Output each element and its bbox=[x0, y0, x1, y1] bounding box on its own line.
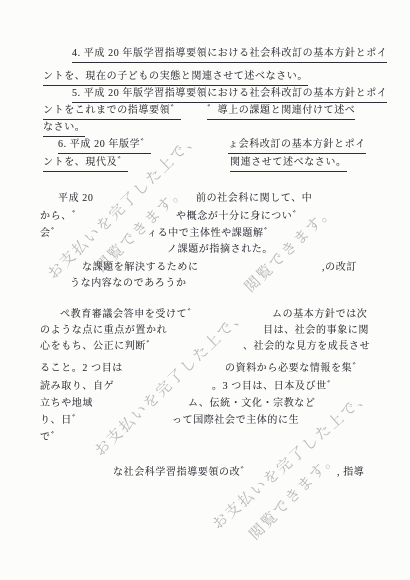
text-line: な社会科学習指導要領の改゛, 指導 bbox=[0, 466, 410, 481]
text-segment: って国際社会で主体的に生 bbox=[172, 414, 299, 427]
text-segment: 立ちや地域 bbox=[40, 397, 93, 410]
text-line: 立ちや地域ム、伝統・文化・宗教など bbox=[0, 397, 410, 412]
text-segment: ムの基本方針では次 bbox=[272, 308, 367, 321]
text-line: 読み取り、自ゲ。3 つ目は、日本及び世゛ bbox=[0, 380, 410, 395]
text-line: り、日゛って国際社会で主体的に生 bbox=[0, 414, 410, 429]
text-segment: から、゛ bbox=[40, 210, 82, 223]
text-segment: な課題を解決するために bbox=[82, 261, 199, 274]
underlined-text-segment: ントを、現代及゛ bbox=[43, 156, 128, 172]
text-segment: ィる中で主体性や課題解゛ bbox=[147, 227, 274, 240]
text-segment: 。3 つ目は、日本及び世゛ bbox=[212, 380, 337, 393]
text-line: 4. 平成 20 年版学習指導要領における社会科改訂の基本方針とポイ bbox=[0, 47, 410, 62]
text-segment: 、社会的な見方を成長させ bbox=[243, 340, 370, 353]
text-segment: ノ課題が指摘された。 bbox=[167, 243, 273, 256]
text-segment: の資料から必要な情報を集゛ bbox=[225, 362, 363, 375]
text-segment: や概念が十分に身につい゛ bbox=[176, 210, 303, 223]
text-line: 平成 20前の社会科に関して、中 bbox=[0, 192, 410, 207]
text-segment: ること。2 つ目は bbox=[40, 362, 123, 375]
text-line: のような点に重点が置かれ目は、社会的事象に関 bbox=[0, 324, 410, 339]
text-line: 心をもち、公正に判断゛、社会的な見方を成長させ bbox=[0, 340, 410, 355]
text-line: ぺ教育審議会答申を受けて゛ムの基本方針では次 bbox=[0, 308, 410, 323]
text-line: なさい。 bbox=[0, 121, 410, 136]
text-line: 会゛ィる中で主体性や課題解゛ bbox=[0, 227, 410, 242]
text-line: 5. 平成 20 年版学習指導要領における社会科改訂の基本方針とポイ bbox=[0, 87, 410, 102]
underlined-text-segment: なさい。 bbox=[43, 121, 85, 137]
text-segment: 読み取り、自ゲ bbox=[40, 380, 114, 393]
text-line: から、゛や概念が十分に身につい゛ bbox=[0, 210, 410, 225]
text-line: ること。2 つ目はの資料から必要な情報を集゛ bbox=[0, 362, 410, 377]
text-line: 6. 平成 20 年版学゛ょ会科改訂の基本方針とポイ bbox=[0, 138, 410, 153]
text-line: ントをこれまでの指導要領゛゛導上の課題と関連付けて述べ bbox=[0, 104, 410, 119]
underlined-text-segment: ょ会科改訂の基本方針とポイ bbox=[228, 138, 366, 154]
text-segment: のような点に重点が置かれ bbox=[40, 324, 167, 337]
text-line: で゛ bbox=[0, 431, 410, 446]
text-segment: 前の社会科に関して、中 bbox=[196, 192, 312, 205]
text-line: ントを、現在の子どもの実態と関連させて述べなさい。 bbox=[0, 70, 410, 85]
underlined-text-segment: 5. 平成 20 年版学習指導要領における社会科改訂の基本方針とポイ bbox=[72, 87, 387, 103]
underlined-text-segment: 4. 平成 20 年版学習指導要領における社会科改訂の基本方針とポイ bbox=[72, 47, 387, 63]
text-segment: な社会科学習指導要領の改゛ bbox=[113, 466, 251, 479]
text-segment: り、日゛ bbox=[40, 414, 82, 427]
underlined-text-segment: ントを、現在の子どもの実態と関連させて述べなさい。 bbox=[43, 70, 308, 86]
text-segment: うな内容なのであろうか bbox=[70, 277, 187, 290]
underlined-text-segment: ントをこれまでの指導要領゛ bbox=[43, 104, 181, 120]
text-line: ノ課題が指摘された。 bbox=[0, 243, 410, 258]
text-segment: 心をもち、公正に判断゛ bbox=[40, 340, 157, 353]
underlined-text-segment: ゛導上の課題と関連付けて述べ bbox=[207, 104, 355, 120]
text-line: ントを、現代及゛関連させて述べなさい。 bbox=[0, 156, 410, 171]
underlined-text-segment: 6. 平成 20 年版学゛ bbox=[58, 138, 151, 154]
text-line: うな内容なのであろうか bbox=[0, 277, 410, 292]
text-segment: ,の改訂 bbox=[322, 261, 357, 274]
text-segment: で゛ bbox=[40, 431, 61, 444]
document-text-layer: 4. 平成 20 年版学習指導要領における社会科改訂の基本方針とポイントを、現在… bbox=[0, 0, 410, 580]
text-segment: , 指導 bbox=[337, 466, 364, 479]
text-segment: ム、伝統・文化・宗教など bbox=[188, 397, 316, 410]
text-segment: 平成 20 bbox=[58, 192, 94, 205]
text-line: な課題を解決するために,の改訂 bbox=[0, 261, 410, 276]
scanned-document-page: お支払いを完了した上で、閲覧できます。閲覧できます。お支払いを完了した上で、お支… bbox=[0, 0, 410, 580]
underlined-text-segment: 関連させて述べなさい。 bbox=[230, 156, 347, 172]
text-segment: 会゛ bbox=[40, 227, 61, 240]
text-segment: ぺ教育審議会答申を受けて゛ bbox=[60, 308, 198, 321]
text-segment: 目は、社会的事象に関 bbox=[263, 324, 369, 337]
